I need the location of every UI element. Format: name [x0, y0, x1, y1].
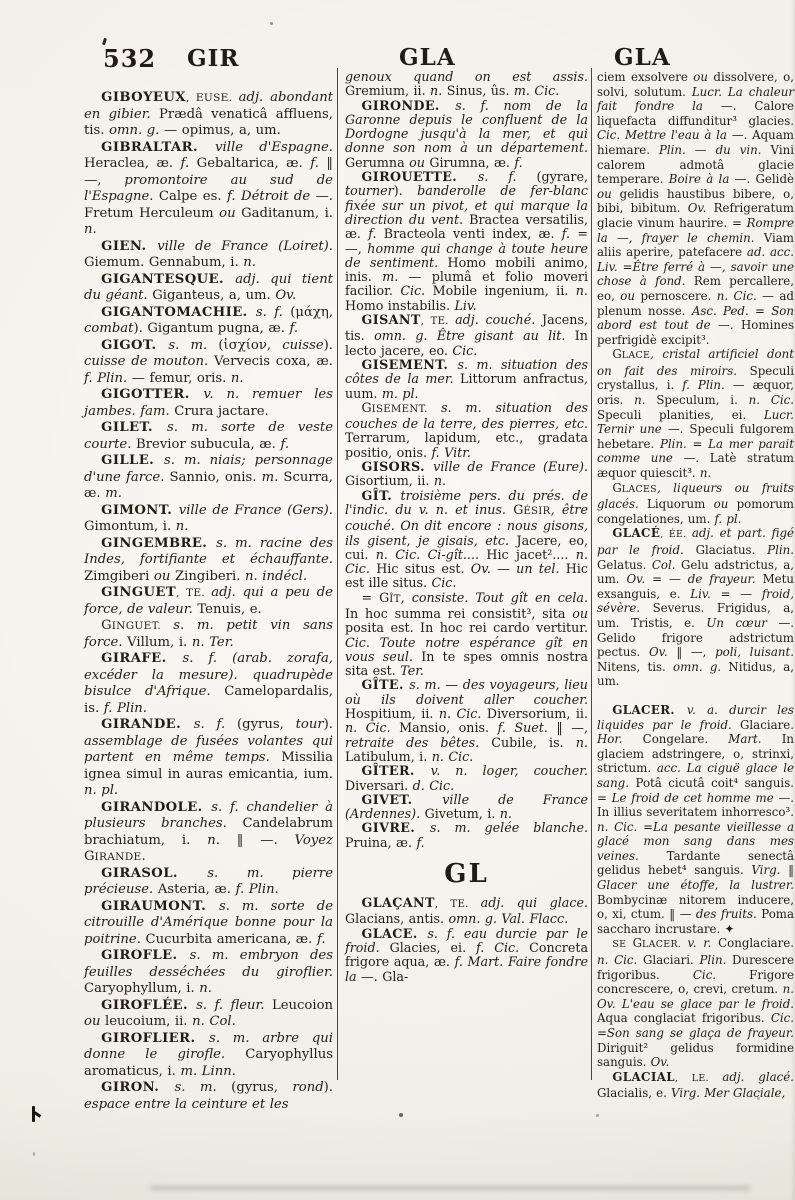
text-segment: Congelare.: [643, 732, 729, 746]
column-3: ciem exsolvere ou dissolvere, o, solvi, …: [597, 70, 794, 1101]
dictionary-entry: GÎT. troisième pers. du prés. de l'indic…: [345, 489, 588, 591]
text-segment: Aqua conglaciat frigoribus.: [597, 1011, 771, 1025]
text-segment: GLACIAL: [612, 1070, 675, 1084]
text-segment: d. Cic.: [413, 778, 455, 793]
dictionary-entry: GLACIAL, LE. adj. glacé. Glacialis, e. V…: [597, 1070, 794, 1101]
text-segment: f.: [368, 226, 384, 241]
dictionary-entry: GIRAFE. s. f. (arab. zorafa, excéder la …: [84, 651, 333, 717]
text-segment: GIRANDE.: [101, 717, 194, 732]
text-segment: , ÉE.: [660, 529, 692, 540]
text-segment: n.: [576, 735, 588, 750]
dictionary-entry: GIEN. ville de France (Loiret). Giemum. …: [84, 239, 333, 272]
text-segment: Cubile, is.: [491, 735, 576, 750]
text-segment: Gelatus.: [597, 558, 652, 572]
text-segment: =: [755, 304, 771, 318]
text-segment: ou: [409, 155, 429, 170]
text-segment: Diversorium, ii.: [487, 706, 588, 721]
text-segment: n. Cic.: [345, 720, 399, 735]
text-segment: Gisortium, ii.: [345, 473, 434, 488]
text-segment: v. r.: [687, 936, 718, 950]
running-head-right: GLA: [614, 44, 671, 71]
dictionary-entry: GISANT, TE. adj. couché. Jacens, tis. om…: [345, 313, 588, 358]
text-segment: ou: [693, 70, 713, 84]
dictionary-entry: GIGOT. s. m. (ἰσχίον, cuisse). cuisse de…: [84, 338, 333, 388]
text-segment: tour: [296, 717, 324, 732]
dictionary-entry: GIRANDE. s. f. (gyrus, tour). assemblage…: [84, 717, 333, 800]
text-segment: — femur, oris.: [132, 371, 231, 386]
text-segment: Calpe es.: [159, 189, 227, 204]
text-segment: Glacies, ei.: [390, 940, 476, 955]
text-segment: m. pl.: [382, 386, 419, 401]
text-segment: Gimontum, i.: [84, 519, 176, 534]
text-segment: Plin.: [699, 953, 732, 967]
text-segment: n.: [176, 519, 189, 534]
text-segment: n. Col.: [192, 1014, 236, 1029]
text-segment: f. Vitr.: [431, 445, 471, 460]
dictionary-entry: SE GLACER. v. r. Conglaciare. n. Cic. Gl…: [597, 936, 794, 1069]
page-number: 532: [103, 44, 156, 73]
text-segment: ville de France (Loiret).: [157, 239, 333, 254]
text-segment: leucoium, ii.: [105, 1014, 192, 1029]
text-segment: de frayeur.: [688, 572, 763, 586]
dictionary-entry: GÎTE. s. m. — des voyageurs, lieu où ils…: [345, 678, 588, 764]
text-segment: n. Ter.: [192, 635, 234, 650]
text-segment: Gaditanum, i.: [241, 206, 333, 221]
text-segment: SE: [612, 939, 632, 950]
text-segment: f.: [514, 155, 522, 170]
text-segment: GÎTER.: [362, 763, 431, 778]
scan-edge-smear: [150, 1186, 750, 1190]
text-segment: f. Plin.: [84, 371, 132, 386]
text-segment: —. Gelidè: [735, 172, 794, 186]
text-segment: Latibulum, i.: [345, 749, 432, 764]
text-segment: n.: [243, 255, 256, 270]
text-segment: (ἰσχίον,: [218, 338, 282, 353]
dictionary-entry: GILLE. s. m. niais; personnage d'une far…: [84, 453, 333, 503]
text-segment: Voyez: [295, 833, 333, 848]
dictionary-entry: GIGOTTER. v. n. remuer les jambes. fam. …: [84, 387, 333, 420]
text-segment: G: [362, 400, 372, 415]
text-segment: —. Gla-: [361, 969, 408, 984]
text-segment: n.: [84, 222, 97, 237]
text-segment: Diriguit² gelidus formidine sanguis.: [597, 1041, 794, 1070]
text-segment: G: [612, 481, 621, 495]
text-segment: ). Gigantum pugna, æ.: [133, 321, 289, 336]
text-segment: Tenuis, e.: [197, 602, 261, 617]
text-segment: adj. couché.: [455, 312, 542, 327]
text-segment: Gremium, ii.: [345, 83, 430, 98]
dictionary-entry: GIRASOL. s. m. pierre précieuse. Asteria…: [84, 866, 333, 899]
text-segment: n. pl.: [84, 783, 118, 798]
dictionary-entry: GLACÉ, ÉE. adj. et part. figé par le fro…: [597, 526, 794, 689]
text-segment: ).: [324, 717, 333, 732]
text-segment: Ter.: [400, 663, 424, 678]
scan-speck: [270, 22, 273, 25]
text-segment: Glacians, antis.: [345, 911, 449, 926]
running-head-left: GIR: [187, 45, 240, 72]
text-segment: Glacer une étoffe, la lustrer.: [597, 878, 794, 892]
text-segment: cuisse: [282, 338, 323, 353]
text-segment: Un cœur: [706, 616, 778, 630]
text-segment: cuisse de mouton.: [84, 354, 214, 369]
text-segment: GISANT: [362, 312, 421, 327]
text-segment: .: [141, 849, 145, 864]
text-segment: Plin.: [660, 437, 693, 451]
text-segment: IRANDE: [95, 851, 142, 863]
scanned-dictionary-page: 532 GIR GLA GLA GIBOYEUX, EUSE. adj. abo…: [0, 0, 795, 1200]
text-segment: , LE.: [675, 1073, 722, 1084]
dictionary-entry: GIGANTOMACHIE. s. f. (μάχη, combat). Gig…: [84, 305, 333, 338]
section-heading-gl: GL: [345, 861, 588, 887]
text-segment: f.: [280, 437, 289, 452]
column-1: GIBOYEUX, EUSE. adj. abondant en gibier.…: [84, 90, 333, 1113]
column-divider-2: [591, 68, 592, 1080]
text-segment: Ov.: [275, 288, 296, 303]
text-segment: Cic.: [400, 283, 432, 298]
text-segment: tourner: [345, 183, 394, 198]
scan-speck: [33, 1152, 35, 1156]
text-segment: Speculi planities, ei.: [597, 408, 764, 422]
text-segment: ‖ —.: [237, 833, 295, 848]
text-segment: n. Cic.: [432, 749, 474, 764]
text-segment: s. f.: [478, 169, 537, 184]
text-segment: GIVET.: [362, 792, 443, 807]
text-segment: , TE.: [435, 899, 481, 910]
dictionary-entry: GLAÇANT, TE. adj. qui glace. Glacians, a…: [345, 896, 588, 927]
text-segment: Cucurbita americana, æ.: [146, 932, 317, 947]
text-segment: = —: [721, 587, 762, 601]
text-segment: (μάχη,: [290, 305, 333, 320]
dictionary-entry: GIVRE. s. m. gelée blanche. Pruina, æ. f…: [345, 821, 588, 850]
text-segment: f.: [317, 932, 326, 947]
text-segment: Givetum, i.: [425, 806, 500, 821]
dictionary-entry: ciem exsolvere ou dissolvere, o, solvi, …: [597, 70, 794, 347]
text-segment: Speculum, i.: [656, 393, 748, 407]
text-segment: GILLE.: [101, 453, 164, 468]
text-segment: Ov.: [627, 572, 653, 586]
text-segment: Homo instabilis.: [345, 298, 454, 313]
text-segment: ou: [572, 606, 588, 621]
text-segment: posita est. In hoc rei cardo vertitur.: [345, 620, 588, 635]
text-segment: Liv.: [454, 298, 476, 313]
text-segment: ou: [620, 289, 640, 303]
dictionary-entry: GIRON. s. m. (gyrus, rond). espace entre…: [84, 1080, 333, 1113]
text-segment: ).: [394, 183, 417, 198]
text-segment: adj. qui glace.: [481, 895, 588, 910]
ink-smudge-artifact: [30, 1106, 42, 1123]
dictionary-entry: GLACE. s. f. eau durcie par le froid. Gl…: [345, 927, 588, 984]
column-divider-1: [337, 68, 338, 1080]
text-segment: Asc. Ped.: [692, 304, 755, 318]
text-segment: Caryophyllum, i.: [84, 981, 199, 996]
text-segment: In illius severitatem inhorresco³.: [597, 805, 794, 819]
dictionary-entry: GIGANTESQUE. adj. qui tient du géant. Gi…: [84, 272, 333, 305]
text-segment: =: [623, 260, 633, 274]
dictionary-entry: GIRAUMONT. s. m. sorte de citrouille d'A…: [84, 899, 333, 949]
text-segment: Zingiberi.: [175, 569, 245, 584]
text-segment: =: [693, 437, 709, 451]
text-segment: m.: [262, 470, 284, 485]
text-segment: n. Cic.: [597, 820, 643, 834]
text-segment: Zimgiberi: [84, 569, 154, 584]
text-segment: In hoc summa rei consistit³, sita: [345, 606, 572, 621]
text-segment: f.: [290, 321, 299, 336]
text-segment: (gyrus,: [231, 1080, 292, 1095]
text-segment: GIVRE.: [362, 820, 430, 835]
text-segment: Asteria, æ.: [158, 882, 236, 897]
text-segment: adj. glacé.: [722, 1070, 794, 1084]
text-segment: Sannio, onis.: [170, 470, 262, 485]
text-segment: ‖ —,: [676, 645, 715, 659]
text-segment: Nitens, tis.: [597, 660, 673, 674]
text-segment: ou: [597, 187, 620, 201]
text-segment: Hospitium, ii.: [345, 706, 439, 721]
text-segment: espace entre la ceinture et les: [84, 1097, 289, 1112]
text-segment: GIRAFE.: [101, 651, 182, 666]
text-segment: s. m.: [175, 1080, 232, 1095]
text-segment: ‖ —: [669, 907, 696, 921]
text-segment: , EUSE.: [186, 92, 239, 104]
text-segment: Glaciare.: [740, 718, 794, 732]
text-segment: n. Cic.: [439, 706, 487, 721]
text-segment: GIGOTTER.: [101, 387, 203, 402]
dictionary-entry: GIBRALTAR. ville d'Espagne. Heraclea, æ.…: [84, 140, 333, 239]
text-segment: GÎTE.: [362, 677, 410, 692]
text-segment: f. Suet.: [498, 720, 557, 735]
text-segment: n.: [207, 833, 237, 848]
text-segment: Giganteus, a, um.: [152, 288, 275, 303]
text-segment: Liv.: [690, 587, 720, 601]
text-segment: Virg.: [751, 863, 788, 877]
text-segment: n. indécl.: [245, 569, 307, 584]
dictionary-entry: GISEMENT. s. m. situation des côtes de l…: [345, 358, 588, 401]
text-segment: ).: [324, 338, 333, 353]
text-segment: n.: [576, 283, 588, 298]
text-segment: n. Cic. Ci-gît....: [376, 547, 487, 562]
text-segment: Pruina, æ.: [345, 835, 416, 850]
text-segment: Mansio, onis.: [399, 720, 497, 735]
text-segment: Son sang se glaça de frayeur.: [607, 1026, 794, 1040]
text-segment: GLAÇANT: [362, 895, 435, 910]
text-segment: GLACE.: [362, 926, 428, 941]
text-segment: GIROFLIER.: [101, 1031, 209, 1046]
text-segment: Ov. — un tel.: [471, 561, 566, 576]
text-segment: f.: [562, 226, 578, 241]
text-segment: Girumna, æ.: [429, 155, 514, 170]
scan-speck: [596, 1114, 599, 1117]
column-2: genoux quand on est assis. Gremium, ii. …: [345, 70, 588, 984]
text-segment: poli, luisant.: [715, 645, 794, 659]
text-segment: ISEMENT.: [372, 404, 441, 415]
text-segment: G: [101, 618, 112, 633]
text-segment: pernoscere.: [640, 289, 716, 303]
text-segment: Glaciari.: [643, 953, 700, 967]
text-segment: = —: [652, 572, 688, 586]
text-segment: GISEMENT.: [362, 357, 458, 372]
text-segment: f. Détroit de: [227, 189, 316, 204]
text-segment: GÎT.: [362, 488, 401, 503]
text-segment: Bracteola venti index, æ.: [384, 226, 562, 241]
text-segment: Glaciatus.: [696, 543, 768, 557]
text-segment: n.: [434, 473, 446, 488]
text-segment: =: [643, 820, 653, 834]
text-segment: ou: [84, 1014, 105, 1029]
text-segment: GINGUET: [101, 585, 176, 600]
text-segment: Virg. Mer Glaciale,: [671, 1086, 785, 1100]
text-segment: Diversari.: [345, 778, 413, 793]
dictionary-entry: GIRANDOLE. s. f. chandelier à plusieurs …: [84, 800, 333, 866]
text-segment: f. Plin.: [104, 701, 147, 716]
dictionary-entry: GINGUET. s. m. petit vin sans force. Vil…: [84, 618, 333, 651]
text-segment: GIBOYEUX: [101, 90, 186, 105]
text-segment: f.: [416, 835, 424, 850]
text-segment: GIEN.: [101, 239, 157, 254]
dictionary-entry: GIROUETTE. s. f. (gyrare, tourner). band…: [345, 170, 588, 313]
text-segment: Ov.: [651, 1055, 670, 1069]
text-segment: m.: [382, 269, 408, 284]
text-segment: f.: [181, 156, 197, 171]
text-segment: f.: [310, 156, 326, 171]
running-head-middle: GLA: [399, 44, 456, 71]
text-segment: m.: [105, 486, 122, 501]
text-segment: Sinus, ûs.: [447, 83, 514, 98]
text-segment: GIGANTESQUE.: [101, 272, 235, 287]
text-segment: Plin. — du vin.: [659, 143, 771, 157]
text-segment: n.: [634, 393, 656, 407]
text-segment: v. n. loger, coucher.: [431, 763, 588, 778]
text-segment: n.: [500, 806, 512, 821]
dictionary-entry: GLACE, cristal artificiel dont on fait d…: [597, 347, 794, 480]
text-segment: LACE: [622, 350, 650, 361]
dictionary-entry: GIMONT. ville de France (Gers). Gimontum…: [84, 503, 333, 536]
text-segment: Boire à la: [669, 172, 735, 186]
text-segment: , consiste. Tout gît en cela.: [401, 590, 588, 605]
text-segment: Vervecis coxa, æ.: [214, 354, 333, 369]
scan-speck: [399, 1113, 403, 1117]
text-segment: G: [84, 849, 95, 864]
text-segment: ou: [219, 206, 241, 221]
text-segment: GIMONT.: [101, 503, 179, 518]
text-segment: f. pl.: [714, 512, 741, 526]
text-segment: n. Cic.: [717, 289, 762, 303]
scan-edge-shadow: [791, 0, 795, 1200]
text-segment: Cic.: [431, 575, 456, 590]
text-segment: GIRASOL.: [101, 866, 207, 881]
text-segment: ou: [714, 497, 737, 511]
text-segment: GIRON.: [101, 1080, 174, 1095]
dictionary-entry: GÎTER. v. n. loger, coucher. Diversari. …: [345, 764, 588, 793]
text-segment: Cic.: [693, 968, 749, 982]
text-segment: GLACÉ: [612, 526, 660, 540]
dictionary-entry: GIVET. ville de France (Ardennes). Givet…: [345, 793, 588, 822]
text-segment: ville de France (Eure).: [433, 459, 588, 474]
text-segment: ÉSIR: [523, 506, 550, 517]
text-segment: GILET.: [101, 420, 167, 435]
text-segment: GINGEMBRE.: [101, 536, 216, 551]
text-segment: GIBRALTAR.: [101, 140, 215, 155]
text-segment: m. Linn.: [180, 1064, 235, 1079]
text-segment: G: [633, 936, 642, 950]
dictionary-entry: GISEMENT. s. m. situation des couches de…: [345, 401, 588, 460]
text-segment: ÎT: [389, 594, 400, 605]
text-segment: Gebaltarica, æ.: [197, 156, 311, 171]
text-segment: — opimus, a, um.: [164, 123, 281, 138]
text-segment: omn. g. Être gisant au lit.: [374, 328, 575, 343]
text-segment: Ov.: [688, 201, 714, 215]
text-segment: n. Cic.: [749, 393, 794, 407]
scan-speck: [757, 1097, 760, 1100]
dictionary-entry: GISORS. ville de France (Eure). Gisortiu…: [345, 460, 588, 489]
text-segment: Villum, i.: [127, 635, 192, 650]
text-segment: omn. g. Val. Flacc.: [449, 911, 569, 926]
text-segment: ville d'Espagne.: [215, 140, 333, 155]
text-segment: Cic. Mettre l'eau à la: [597, 128, 732, 142]
text-segment: GIRONDE.: [362, 98, 456, 113]
text-segment: Crura jactare.: [174, 404, 268, 419]
text-segment: Giemum. Gennabum, i.: [84, 255, 243, 270]
text-segment: GIGANTOMACHIE.: [101, 305, 256, 320]
text-segment: Gerumna: [345, 155, 409, 170]
dictionary-entry: GINGUET, TE. adj. qui a peu de force, de…: [84, 585, 333, 618]
text-segment: LACER.: [642, 939, 687, 950]
text-segment: Conglaciare.: [718, 936, 794, 950]
text-segment: ‖ —,: [556, 720, 588, 735]
text-segment: s. f.: [256, 305, 290, 320]
text-segment: m. Cic.: [514, 83, 559, 98]
text-segment: s. m. gelée blanche.: [430, 820, 588, 835]
text-segment: n.: [231, 371, 244, 386]
text-segment: GISORS.: [362, 459, 434, 474]
text-segment: Hic situs est.: [376, 561, 471, 576]
text-segment: Mobile ingenium, ii.: [433, 283, 576, 298]
text-segment: GIRANDOLE.: [101, 800, 211, 815]
text-segment: GIRAUMONT.: [101, 899, 219, 914]
text-segment: genoux quand on est assis.: [345, 69, 588, 84]
text-segment: INGUET.: [112, 620, 174, 632]
dictionary-entry: GIROFLÉE. s. f. fleur. Leucoion ou leuco…: [84, 998, 333, 1031]
text-segment: Leucoion: [272, 998, 333, 1013]
dictionary-entry: GIBOYEUX, EUSE. adj. abondant en gibier.…: [84, 90, 333, 140]
text-segment: n.: [430, 83, 447, 98]
text-segment: Cic.: [452, 343, 477, 358]
text-segment: omn. g.: [673, 660, 728, 674]
dictionary-entry: GLACER. v. a. durcir les liquides par le…: [597, 703, 794, 937]
text-segment: , TE.: [176, 587, 211, 599]
text-segment: s. m.: [168, 338, 218, 353]
text-segment: LACES: [622, 484, 657, 495]
text-segment: Hor.: [597, 732, 643, 746]
text-segment: Hic jacet²....: [486, 547, 575, 562]
text-segment: f. Plin.: [682, 378, 733, 392]
text-segment: =: [597, 1026, 607, 1040]
text-segment: s. f. fleur.: [196, 998, 272, 1013]
text-segment: retraite des bêtes.: [345, 735, 491, 750]
text-segment: Col.: [652, 558, 681, 572]
dictionary-entry: = GÎT, consiste. Tout gît en cela. In ho…: [345, 591, 588, 679]
text-segment: Brevior subucula, æ.: [136, 437, 280, 452]
text-segment: ciem exsolvere: [597, 70, 693, 84]
text-segment: ville de France (Gers).: [179, 503, 333, 518]
text-segment: f. Plin.: [236, 882, 279, 897]
text-segment: GIGOT.: [101, 338, 168, 353]
text-segment: (gyrus,: [237, 717, 296, 732]
text-segment: , TE.: [421, 316, 455, 327]
dictionary-entry: GINGEMBRE. s. m. racine des Indes, forti…: [84, 536, 333, 586]
text-segment: Liquorum: [647, 497, 714, 511]
text-segment: des fruits.: [696, 907, 761, 921]
text-segment: GIROFLÉE.: [101, 998, 196, 1013]
text-segment: Glacialis, e.: [597, 1086, 671, 1100]
